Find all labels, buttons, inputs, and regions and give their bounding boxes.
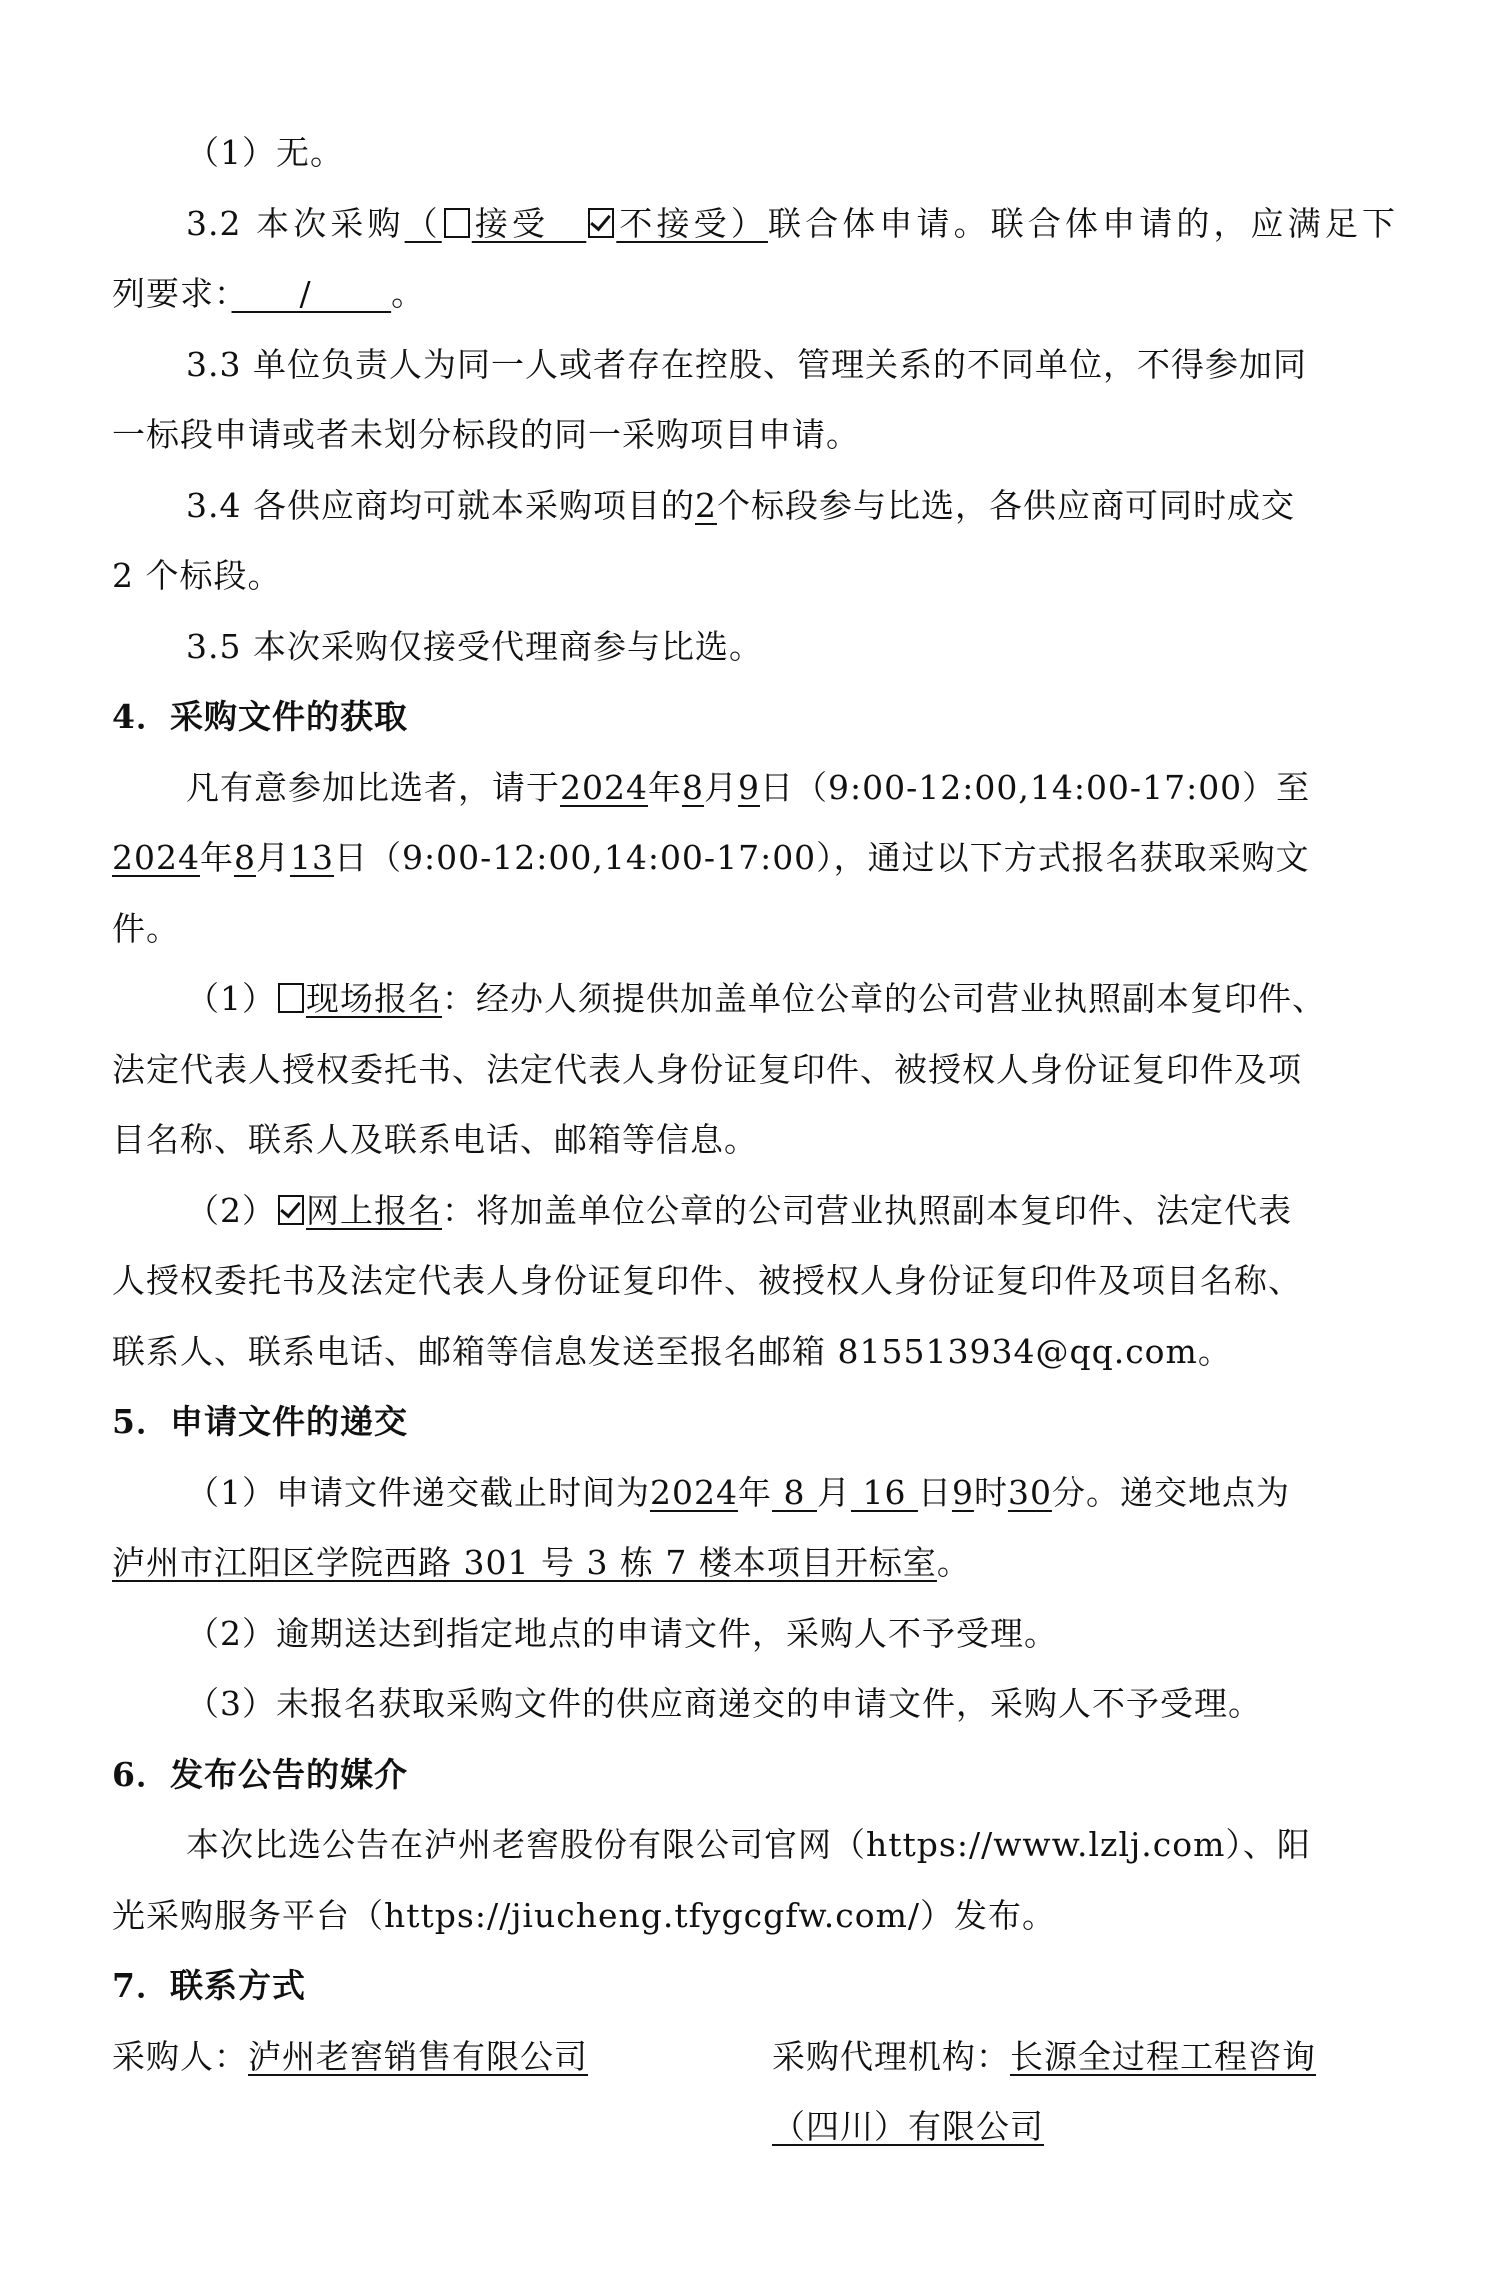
text: 。 — [937, 1543, 971, 1582]
deadline-year: 2024 — [650, 1473, 738, 1512]
clause-3-3: 3.3 单位负责人为同一人或者存在控股、管理关系的不同单位，不得参加同 — [112, 330, 1396, 401]
clause-3-2: 3.2 本次采购（接受 不接受）联合体申请。联合体申请的，应满足下 — [112, 189, 1396, 260]
address: 泸州市江阳区学院西路 301 号 3 栋 7 楼本项目开标室 — [112, 1543, 937, 1582]
agent-name-cont: （四川）有限公司 — [772, 2107, 1044, 2146]
section-6-p2: 光采购服务平台（https://jiucheng.tfygcgfw.com/）发… — [112, 1881, 1396, 1952]
end-month: 8 — [234, 838, 256, 877]
text: ：经办人须提供加盖单位公章的公司营业执照副本复印件、 — [442, 979, 1326, 1018]
section-6-p1: 本次比选公告在泸州老窖股份有限公司官网（https://www.lzlj.com… — [112, 1810, 1396, 1881]
checkbox-checked-icon — [278, 1195, 304, 1225]
consortium-options: （接受 不接受） — [405, 204, 768, 243]
text: 年 — [738, 1473, 772, 1512]
text: 现场报名 — [306, 979, 442, 1018]
start-day: 9 — [738, 768, 760, 807]
checkbox-checked-reject-icon — [588, 208, 614, 238]
section-5-p2: （2）逾期送达到指定地点的申请文件，采购人不予受理。 — [112, 1599, 1396, 1670]
text: 3.2 本次采购 — [186, 204, 405, 243]
text: 。 — [391, 274, 425, 313]
buyer-label: 采购人： — [112, 2037, 248, 2076]
checkbox-accept-icon — [444, 208, 470, 238]
text: 不接受） — [616, 204, 768, 243]
text: （1） — [186, 979, 276, 1018]
online-option: 网上报名 — [276, 1191, 442, 1230]
end-year: 2024 — [112, 838, 200, 877]
text: ：将加盖单位公章的公司营业执照副本复印件、法定代表 — [442, 1191, 1292, 1230]
section-5-p1: （1）申请文件递交截止时间为2024年 8 月 16 日9时30分。递交地点为 — [112, 1458, 1396, 1529]
lot-count: 2 — [695, 486, 717, 525]
submission-address: 泸州市江阳区学院西路 301 号 3 栋 7 楼本项目开标室。 — [112, 1528, 1396, 1599]
section-4-heading: 4．采购文件的获取 — [112, 682, 1396, 753]
agent-name: 长源全过程工程咨询 — [1010, 2037, 1316, 2076]
checkbox-unchecked-icon — [278, 983, 304, 1013]
section-4-p1-line2: 2024年8月13日（9:00-12:00,14:00-17:00），通过以下方… — [112, 823, 1396, 894]
text: 凡有意参加比选者，请于 — [186, 768, 560, 807]
text: 月 — [256, 838, 290, 877]
text: （ — [405, 204, 442, 243]
section-5-heading: 5．申请文件的递交 — [112, 1387, 1396, 1458]
text: 时 — [974, 1473, 1008, 1512]
end-day: 13 — [290, 838, 334, 877]
text: 分。递交地点为 — [1052, 1473, 1290, 1512]
onsite-option: 现场报名 — [276, 979, 442, 1018]
text: 日 — [918, 1473, 952, 1512]
buyer-name: 泸州老窖销售有限公司 — [248, 2037, 588, 2076]
text: 网上报名 — [306, 1191, 442, 1230]
section-4-p1: 凡有意参加比选者，请于2024年8月9日（9:00-12:00,14:00-17… — [112, 753, 1396, 824]
text: 月 — [817, 1473, 851, 1512]
start-year: 2024 — [560, 768, 648, 807]
onsite-line3: 目名称、联系人及联系电话、邮箱等信息。 — [112, 1105, 1396, 1176]
blank-field: / — [232, 274, 392, 313]
clause-3-3-cont: 一标段申请或者未划分标段的同一采购项目申请。 — [112, 400, 1396, 471]
online-registration: （2）网上报名：将加盖单位公章的公司营业执照副本复印件、法定代表 — [112, 1176, 1396, 1247]
text: 3.4 各供应商均可就本采购项目的 — [186, 486, 695, 525]
text: 年 — [648, 768, 682, 807]
text: 个标段参与比选，各供应商可同时成交 — [717, 486, 1295, 525]
text: （1）申请文件递交截止时间为 — [186, 1473, 650, 1512]
text: 月 — [704, 768, 738, 807]
onsite-registration: （1）现场报名：经办人须提供加盖单位公章的公司营业执照副本复印件、 — [112, 964, 1396, 1035]
text: （2） — [186, 1191, 276, 1230]
section-4-p1-line3: 件。 — [112, 894, 1396, 965]
text: （9:00-12:00,14:00-17:00）至 — [794, 768, 1310, 807]
text: 日 — [334, 838, 368, 877]
text: 日 — [760, 768, 794, 807]
agent-contact: 采购代理机构：长源全过程工程咨询 （四川）有限公司 — [772, 2022, 1396, 2163]
text: 接受 — [472, 204, 587, 243]
text: 联合体申请。联合体申请的，应满足下 — [768, 204, 1396, 243]
deadline-month: 8 — [772, 1473, 817, 1512]
section-6-heading: 6．发布公告的媒介 — [112, 1740, 1396, 1811]
section-7-heading: 7．联系方式 — [112, 1951, 1396, 2022]
online-line3: 联系人、联系电话、邮箱等信息发送至报名邮箱 815513934@qq.com。 — [112, 1317, 1396, 1388]
clause-3-5: 3.5 本次采购仅接受代理商参与比选。 — [112, 612, 1396, 683]
text: （9:00-12:00,14:00-17:00），通过以下方式报名获取采购文 — [368, 838, 1310, 877]
deadline-hour: 9 — [952, 1473, 974, 1512]
text: 列要求： — [112, 274, 232, 313]
onsite-line2: 法定代表人授权委托书、法定代表人身份证复印件、被授权人身份证复印件及项 — [112, 1035, 1396, 1106]
document-page: （1）无。 3.2 本次采购（接受 不接受）联合体申请。联合体申请的，应满足下 … — [112, 118, 1396, 2163]
text: 年 — [200, 838, 234, 877]
contacts: 采购人：泸州老窖销售有限公司 采购代理机构：长源全过程工程咨询 （四川）有限公司 — [112, 2022, 1396, 2163]
buyer-contact: 采购人：泸州老窖销售有限公司 — [112, 2022, 772, 2163]
online-line2: 人授权委托书及法定代表人身份证复印件、被授权人身份证复印件及项目名称、 — [112, 1246, 1396, 1317]
clause-3-4-cont: 2 个标段。 — [112, 541, 1396, 612]
clause-3-4: 3.4 各供应商均可就本采购项目的2个标段参与比选，各供应商可同时成交 — [112, 471, 1396, 542]
agent-label: 采购代理机构： — [772, 2037, 1010, 2076]
clause-3-2-requirements: 列要求： / 。 — [112, 259, 1396, 330]
deadline-minute: 30 — [1008, 1473, 1052, 1512]
item-none: （1）无。 — [112, 118, 1396, 189]
start-month: 8 — [682, 768, 704, 807]
deadline-day: 16 — [851, 1473, 918, 1512]
section-5-p3: （3）未报名获取采购文件的供应商递交的申请文件，采购人不予受理。 — [112, 1669, 1396, 1740]
